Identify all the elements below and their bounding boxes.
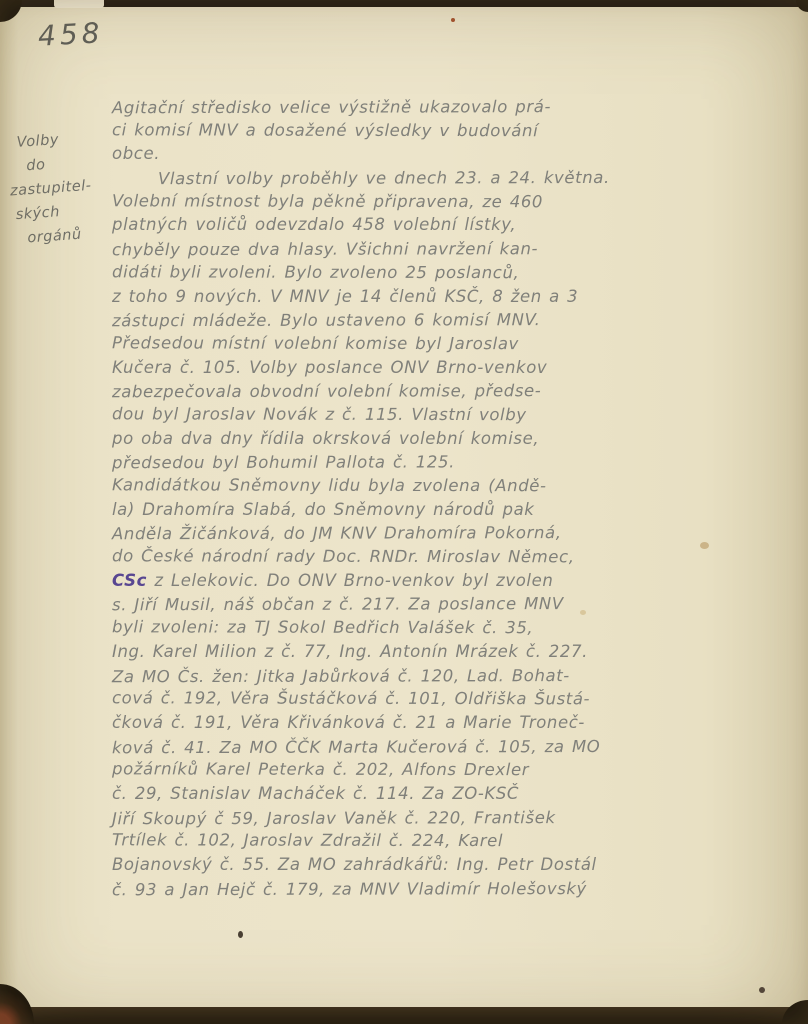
paper-speck bbox=[451, 18, 455, 22]
page-top-edge bbox=[0, 0, 808, 7]
text-line: č. 93 a Jan Hejč č. 179, za MNV Vladimír… bbox=[112, 876, 772, 901]
text-line: Jiří Skoupý č 59, Jaroslav Vaněk č. 220,… bbox=[112, 805, 772, 830]
text-line: dou byl Jaroslav Novák z č. 115. Vlastní… bbox=[112, 402, 772, 427]
text-line: Agitační středisko velice výstižně ukazo… bbox=[112, 95, 772, 120]
underlying-page-sliver bbox=[54, 0, 104, 8]
text-line: č. 29, Stanislav Macháček č. 114. Za ZO-… bbox=[112, 782, 772, 806]
handwritten-body-text: Agitační středisko velice výstižně ukazo… bbox=[112, 95, 772, 900]
text-line: Za MO Čs. žen: Jitka Jabůrková č. 120, L… bbox=[112, 663, 772, 688]
text-line: byli zvoleni: za TJ Sokol Bedřich Valáše… bbox=[112, 615, 772, 640]
text-line: předsedou byl Bohumil Pallota č. 125. bbox=[112, 450, 772, 475]
text-line: Předsedou místní volební komise byl Jaro… bbox=[112, 331, 772, 356]
page-corner-bottom-left bbox=[0, 984, 34, 1024]
page-corner-top-right bbox=[796, 0, 808, 12]
text-line: Bojanovský č. 55. Za MO zahrádkářů: Ing.… bbox=[112, 853, 772, 877]
text-line: Kučera č. 105. Volby poslance ONV Brno-v… bbox=[112, 356, 772, 380]
text-line: zástupci mládeže. Bylo ustaveno 6 komisí… bbox=[112, 308, 772, 333]
text-line: cová č. 192, Věra Šustáčková č. 101, Old… bbox=[112, 686, 772, 711]
page-number: 458 bbox=[37, 16, 104, 52]
text-line: zabezpečovala obvodní volební komise, př… bbox=[112, 379, 772, 404]
text-line: s. Jiří Musil, náš občan z č. 217. Za po… bbox=[112, 592, 772, 617]
text-line: Volební místnost byla pěkně připravena, … bbox=[112, 189, 772, 214]
page-corner-top-left bbox=[0, 0, 22, 22]
text-line: čková č. 191, Věra Křivánková č. 21 a Ma… bbox=[112, 711, 772, 735]
text-line: CSc z Lelekovic. Do ONV Brno-venkov byl … bbox=[112, 569, 772, 593]
text-line: Vlastní volby proběhly ve dnech 23. a 24… bbox=[112, 166, 772, 191]
text-line: Anděla Žičánková, do JM KNV Drahomíra Po… bbox=[112, 521, 772, 546]
margin-note: Volbydozastupitel-skýchorgánů bbox=[4, 125, 116, 252]
text-line: po oba dva dny řídila okrsková volební k… bbox=[112, 427, 772, 451]
text-line: la) Drahomíra Slabá, do Sněmovny národů … bbox=[112, 498, 772, 522]
text-line: chyběly pouze dva hlasy. Všichni navržen… bbox=[112, 237, 772, 262]
paper-speck bbox=[238, 931, 243, 938]
text-line: Ing. Karel Milion z č. 77, Ing. Antonín … bbox=[112, 640, 772, 664]
text-line: z toho 9 nových. V MNV je 14 členů KSČ, … bbox=[112, 285, 772, 309]
text-line: platných voličů odevzdalo 458 volební lí… bbox=[112, 213, 772, 237]
text-line: ci komisí MNV a dosažené výsledky v budo… bbox=[112, 118, 772, 143]
text-line: obce. bbox=[112, 142, 772, 166]
page-corner-bottom-right bbox=[782, 1000, 808, 1024]
text-line-rest: z Lelekovic. Do ONV Brno-venkov byl zvol… bbox=[147, 571, 553, 590]
paper-speck bbox=[759, 987, 765, 993]
page-bottom-edge bbox=[0, 1007, 808, 1024]
highlighted-word: CSc bbox=[112, 571, 147, 590]
chronicle-page-scan: 458 Volbydozastupitel-skýchorgánů Agitač… bbox=[0, 0, 808, 1024]
text-line: Kandidátkou Sněmovny lidu byla zvolena (… bbox=[112, 473, 772, 498]
text-line: požárníků Karel Peterka č. 202, Alfons D… bbox=[112, 758, 772, 783]
text-line: do České národní rady Doc. RNDr. Mirosla… bbox=[112, 544, 772, 569]
text-line: Trtílek č. 102, Jaroslav Zdražil č. 224,… bbox=[112, 829, 772, 854]
text-line: didáti byli zvoleni. Bylo zvoleno 25 pos… bbox=[112, 260, 772, 285]
text-line: ková č. 41. Za MO ČČK Marta Kučerová č. … bbox=[112, 734, 772, 759]
